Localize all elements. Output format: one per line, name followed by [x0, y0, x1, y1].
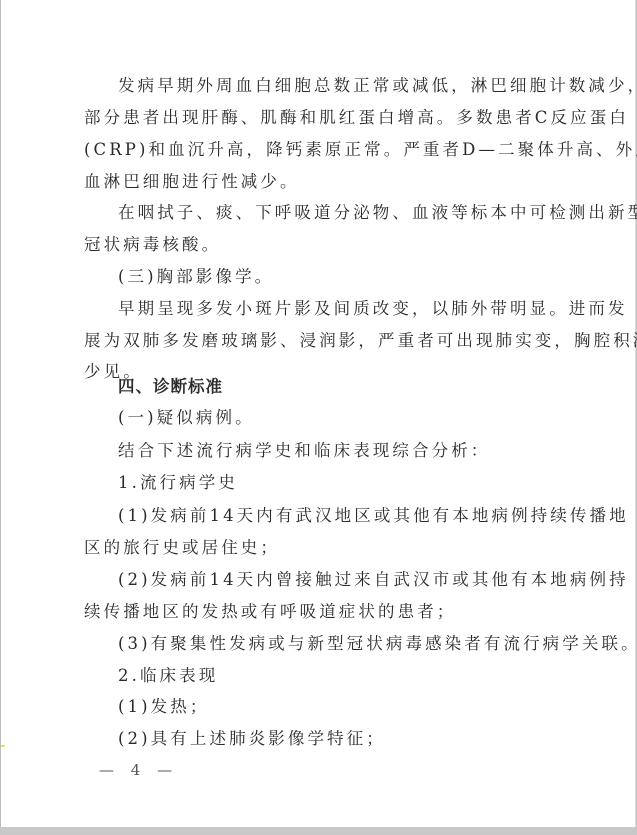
- item-epi-2-line-1: (2)发病前14天内曾接触过来自武汉市或其他有本地病例持: [118, 570, 629, 590]
- item-epi-1-line-1: (1)发病前14天内有武汉地区或其他有本地病例持续传播地: [118, 506, 629, 526]
- heading-clinical-manifestations: 2.临床表现: [118, 666, 218, 686]
- paragraph-lab-findings-line-3: (CRP)和血沉升高，降钙素原正常。严重者D—二聚体升高、外周: [84, 140, 637, 160]
- item-epi-2-line-2: 续传播地区的发热或有呼吸道症状的患者；: [84, 602, 456, 622]
- paragraph-nucleic-acid-line-1: 在咽拭子、痰、下呼吸道分泌物、血液等标本中可检测出新型: [118, 203, 637, 223]
- paragraph-lab-findings-line-2: 部分患者出现肝酶、肌酶和肌红蛋白增高。多数患者C反应蛋白: [84, 108, 629, 128]
- item-clinical-1: (1)发热；: [118, 697, 209, 717]
- document-page: 发病早期外周血白细胞总数正常或减低，淋巴细胞计数减少， 部分患者出现肝酶、肌酶和…: [0, 0, 636, 827]
- page-number: — 4 —: [99, 761, 178, 779]
- paragraph-nucleic-acid-line-2: 冠状病毒核酸。: [84, 235, 221, 255]
- paragraph-imaging-line-2: 展为双肺多发磨玻璃影、浸润影，严重者可出现肺实变，胸腔积液: [84, 331, 637, 351]
- heading-epidemiological-history: 1.流行病学史: [118, 473, 238, 493]
- paragraph-imaging-line-1: 早期呈现多发小斑片影及间质改变，以肺外带明显。进而发: [118, 299, 628, 319]
- item-epi-1-line-2: 区的旅行史或居住史；: [84, 538, 280, 558]
- heading-suspected-cases: (一)疑似病例。: [118, 408, 255, 428]
- paragraph-combined-analysis: 结合下述流行病学史和临床表现综合分析：: [118, 441, 490, 461]
- heading-chest-imaging: (三)胸部影像学。: [118, 267, 274, 287]
- item-clinical-2: (2)具有上述肺炎影像学特征；: [118, 729, 386, 749]
- paragraph-lab-findings-line-4: 血淋巴细胞进行性减少。: [84, 172, 300, 192]
- heading-diagnostic-criteria: 四、诊断标准: [118, 377, 223, 397]
- paragraph-lab-findings-line-1: 发病早期外周血白细胞总数正常或减低，淋巴细胞计数减少，: [118, 76, 637, 96]
- highlight-mark: [1, 745, 5, 747]
- item-epi-3: (3)有聚集性发病或与新型冠状病毒感染者有流行病学关联。: [118, 634, 637, 654]
